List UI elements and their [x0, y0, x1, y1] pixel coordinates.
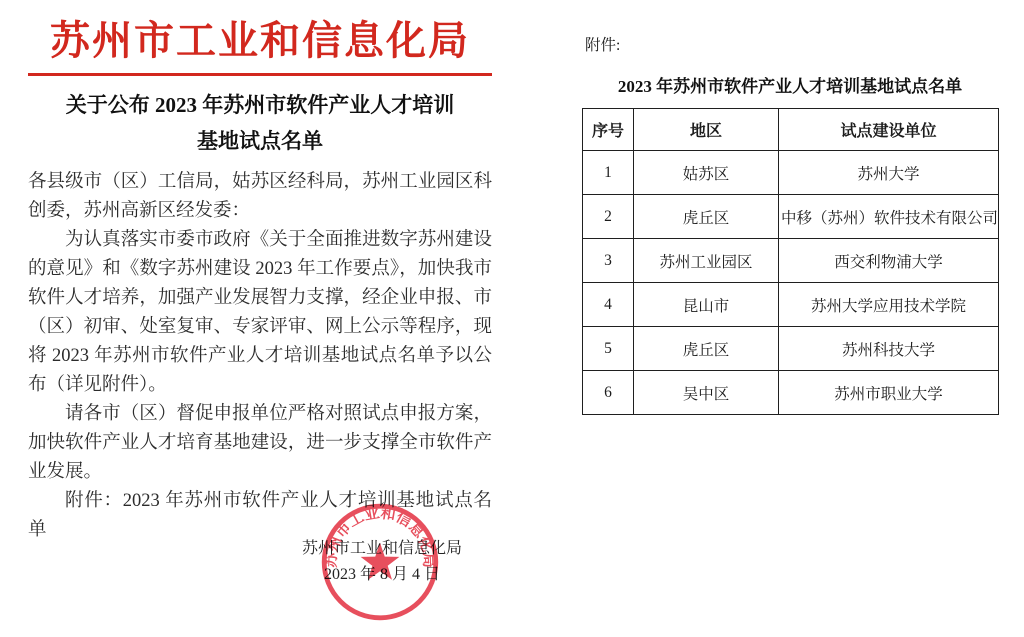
table-row: 4 昆山市 苏州大学应用技术学院 [583, 283, 999, 327]
cell-region: 虎丘区 [634, 327, 779, 371]
cell-region: 昆山市 [634, 283, 779, 327]
table-row: 1 姑苏区 苏州大学 [583, 151, 999, 195]
cell-unit: 西交利物浦大学 [779, 239, 999, 283]
document-title: 关于公布 2023 年苏州市软件产业人才培训 基地试点名单 [28, 87, 492, 159]
cell-no: 4 [583, 283, 634, 327]
cell-no: 1 [583, 151, 634, 195]
cell-no: 2 [583, 195, 634, 239]
table-row: 2 虎丘区 中移（苏州）软件技术有限公司 [583, 195, 999, 239]
table-header-row: 序号 地区 试点建设单位 [583, 109, 999, 151]
table-row: 5 虎丘区 苏州科技大学 [583, 327, 999, 371]
cell-unit: 苏州科技大学 [779, 327, 999, 371]
column-header-region: 地区 [634, 109, 779, 151]
column-header-unit: 试点建设单位 [779, 109, 999, 151]
cell-no: 6 [583, 371, 634, 415]
column-header-no: 序号 [583, 109, 634, 151]
scanned-document-page: 苏州市工业和信息化局 关于公布 2023 年苏州市软件产业人才培训 基地试点名单… [0, 0, 1024, 637]
cell-unit: 苏州大学 [779, 151, 999, 195]
cell-region: 虎丘区 [634, 195, 779, 239]
document-title-line1: 关于公布 2023 年苏州市软件产业人才培训 [28, 87, 492, 123]
official-seal-stamp-icon: 苏州市工业和信息化局 [317, 502, 443, 622]
cell-unit: 中移（苏州）软件技术有限公司 [779, 195, 999, 239]
salutation: 各县级市（区）工信局，姑苏区经科局，苏州工业园区科创委，苏州高新区经发委： [28, 168, 492, 226]
letterhead-divider [28, 73, 492, 76]
cell-region: 姑苏区 [634, 151, 779, 195]
attachment-label: 附件: [585, 33, 620, 55]
table-row: 3 苏州工业园区 西交利物浦大学 [583, 239, 999, 283]
cell-region: 苏州工业园区 [634, 239, 779, 283]
cell-unit: 苏州大学应用技术学院 [779, 283, 999, 327]
body-paragraph-2: 请各市（区）督促申报单位严格对照试点申报方案，加快软件产业人才培育基地建设，进一… [28, 400, 492, 487]
letter-body: 各县级市（区）工信局，姑苏区经科局，苏州工业园区科创委，苏州高新区经发委： 为认… [28, 168, 492, 545]
cell-no: 5 [583, 327, 634, 371]
seal-star-icon [361, 543, 400, 580]
official-letter: 苏州市工业和信息化局 关于公布 2023 年苏州市软件产业人才培训 基地试点名单… [28, 16, 492, 545]
attachment-title: 2023 年苏州市软件产业人才培训基地试点名单 [582, 72, 998, 97]
pilot-base-roster-table: 序号 地区 试点建设单位 1 姑苏区 苏州大学 2 虎丘区 中移（苏州）软件技术… [582, 108, 999, 415]
body-paragraph-1: 为认真落实市委市政府《关于全面推进数字苏州建设的意见》和《数字苏州建设 2023… [28, 226, 492, 400]
cell-unit: 苏州市职业大学 [779, 371, 999, 415]
cell-no: 3 [583, 239, 634, 283]
document-title-line2: 基地试点名单 [28, 123, 492, 159]
agency-letterhead: 苏州市工业和信息化局 [28, 16, 492, 66]
table-row: 6 吴中区 苏州市职业大学 [583, 371, 999, 415]
cell-region: 吴中区 [634, 371, 779, 415]
